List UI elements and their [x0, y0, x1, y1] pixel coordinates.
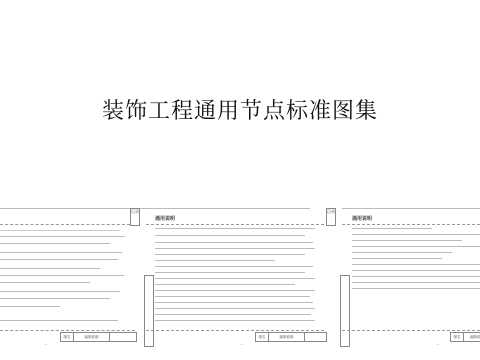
- page-number: —: [240, 342, 243, 346]
- title-block: 图名 编制说明: [450, 332, 480, 342]
- binding-strip: [340, 275, 350, 347]
- page-number: —: [436, 342, 439, 346]
- title-block: 图名 编制说明: [60, 332, 137, 342]
- binding-strip: [144, 275, 154, 347]
- page-header: 通用说明: [155, 215, 175, 222]
- document-title: 装饰工程通用节点标准图集: [0, 94, 480, 125]
- page-header: 通用说明: [352, 215, 372, 222]
- side-tab: 目录: [326, 208, 336, 226]
- side-tab: 目录: [130, 208, 140, 226]
- title-block: 图名 编制说明: [255, 332, 327, 342]
- page-number: —: [44, 342, 47, 346]
